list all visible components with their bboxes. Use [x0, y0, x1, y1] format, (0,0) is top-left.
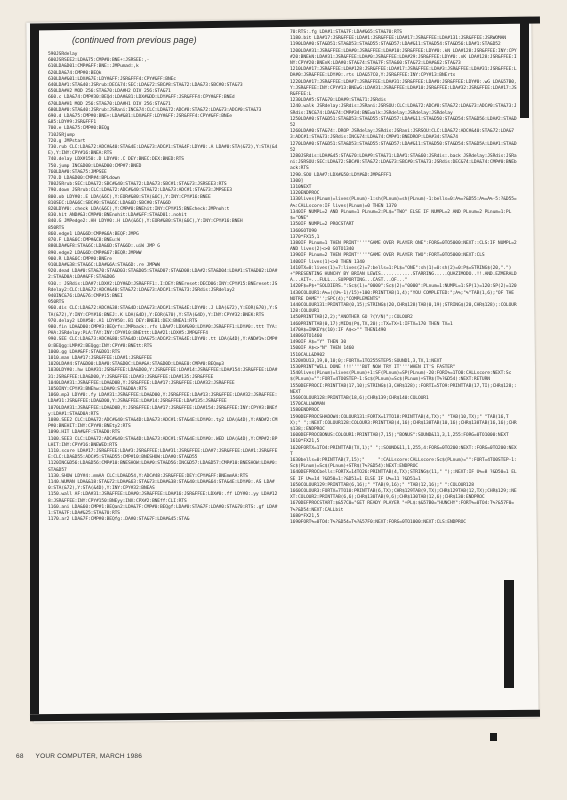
code-line: 1150.wall AF:LDA#31:JSR&FFEE:LDA#0:JSR&F…: [48, 492, 278, 504]
code-line: 1140.WUMAN LDA&&18:STA&72:LDA#&63:STA&73…: [48, 480, 278, 492]
code-line: 930.: JSRdis:LDA#7:LDX#2:LDY#&D:JSR&FFF1…: [48, 282, 278, 294]
code-line: 1240.walk JSRdelay:JSRdis:JSRani:JSRSOU:…: [290, 104, 518, 116]
code-line: 1420F$=P$+"SOLDIERS.":Sc$(1)="0000":Sc$(…: [290, 284, 518, 290]
listing-column-right: 70:RTS:.fg LDA#1:STA&7F:LDA#&65:STA&70:R…: [290, 30, 518, 526]
code-line: 960.dis CLC:LDA&72:ADC#&38:STA&4D:LDA&73…: [48, 306, 278, 318]
code-line: 1190LDA#0:STA&D51:STA&D53:STA&D55:STA&D5…: [290, 42, 518, 48]
end-of-listing-marker-icon: [490, 733, 497, 741]
code-line: 1330lives(PLnum)=lives(PLnum)-1:sh(PLnum…: [290, 197, 518, 209]
continued-note: (continued from previous page): [72, 35, 197, 45]
right-border-bar-top: [520, 18, 529, 118]
code-line: 920.dead LDA#0:STA&70:STA&D03:STA&D05:ST…: [48, 269, 278, 281]
code-line: 1380IF PLnum=1 THEN PRINT''''"GAME OVER …: [290, 241, 518, 253]
code-line: 1690FORT%=0TO4:T%?&D54=T%?&57F0:NEXT:FOR…: [290, 520, 518, 526]
code-line: 1030LDY#0:.hw LDA#31:JSR&FFEE:LDA&D00,Y:…: [48, 368, 278, 380]
code-line: 1340IF NUMPL=2 AND PLnum=1 PLnum=2:PL$="…: [290, 210, 518, 222]
code-line: 1410TX=0:lives(1)=7:lives(2)=7:bells=1:P…: [290, 266, 518, 285]
listing-column-left: 590JSRdelay600JSRSEE2:LDA&75:CMP#0:BNE+:…: [48, 52, 278, 523]
code-line: 1070LDA#31:JSR&FFEE:LDA&D0B,Y:JSR&FFEE:L…: [48, 406, 278, 418]
code-line: 1080.SEE2 CLC:LDA&72:ADC#&40:STA&4D:LDA&…: [48, 418, 278, 430]
code-line: 1110.score LDA#17:JSR&FFEE:LDA#3:JSR&FFE…: [48, 449, 278, 461]
code-line: 1550DEFPROCI:PRINTTAB(17,10);STRING$(3,C…: [290, 384, 518, 396]
code-line: 990.SEE CLC:LDA&73:ADC#&80:STA&4D:LDA&75…: [48, 337, 278, 349]
right-border-bar-bottom: [504, 580, 514, 688]
code-line: 1540lives(PLnum)=lives(PLnum)+1:SF(PLnum…: [290, 371, 518, 383]
code-line: 1280JSRdis:LDA#&45:STA&70:LDA#9:STA&71:L…: [290, 154, 518, 173]
code-line: 1220LDA#17:JSR&FFEE:LDA#7:JSR&FFEE:LDA#3…: [290, 80, 518, 99]
publication-line: YOUR COMPUTER, MARCH 1986: [36, 753, 143, 760]
code-line: 1390IF PLnum=2 THEN PRINT''''"GAME OVER …: [290, 253, 518, 259]
code-line: 1440COLOUR131:PRINTTAB(0,15);STRING$(20,…: [290, 303, 518, 315]
page-footer: 68 YOUR COMPUTER, MARCH 1986: [16, 753, 142, 760]
code-line: 1670DEFPROCSTART:$&57C0="GET READY PLAYE…: [290, 501, 518, 513]
code-line: 1210LDA#17:JSR&FFEE:LDA#128:JSR&FFEE:LDA…: [290, 67, 518, 79]
code-line: 1620FORTX=1TO4:PRINTTAB(TX,1);" ";:SOUND…: [290, 446, 518, 458]
code-line: 1200LDA#31:JSR&FFEE:LDA#0:JSR&FFEE:LDA#1…: [290, 49, 518, 68]
code-line: 980.fin LDA&D00:CMP#3:BEQrfs:JMPback:.rf…: [48, 325, 278, 337]
left-border-bar: [30, 24, 39, 714]
code-line: 1060.mp3 LDY#0:.fy LDA#31:JSR&FFEE:LDA&D…: [48, 393, 278, 405]
code-line: 1600DEFPROCBONUS:COLOUR1:PRINTTAB(7,15);…: [290, 433, 518, 439]
code-line: 1160.ani LDA&60:CMP#1:BEQan2:LDA&7F:CMP#…: [48, 505, 278, 517]
code-line: 1430COLOUR1:A%=((U%-1)/15)+100:PRINTTAB(…: [290, 291, 518, 303]
code-line: 1270LDA#0:STA&D51:STA&D53:STA&D55:STA&D5…: [290, 142, 518, 154]
code-line: 1120INC&D56:LDA&D56:CMP#10:BNESHOW:LDA#0…: [48, 461, 278, 473]
code-line: 1100.SEE3 CLC:LDA&72:ADC#&40:STA&4D:LDA&…: [48, 437, 278, 449]
code-line: 1590DEFPROCSHADOW4:COLOUR131:FORTX=17TO1…: [290, 415, 518, 434]
code-line: 1630bells=0:PRINTTAB(7,15);" ":CALLscore…: [290, 458, 518, 470]
page-number: 68: [16, 753, 24, 760]
code-line: 730.rub CLC:LDA&72:ADC#&40:STA&4E:LDA&73…: [48, 145, 278, 157]
code-line: 1250LDA#0:STA&D51:STA&D53:STA&D55:STA&D5…: [290, 117, 518, 129]
code-line: 1640DEFPROCbells:FORTX=14TO26:PRINTTAB(4…: [290, 470, 518, 482]
code-line: 1260LDA#0:STA&74:.DROP JSRdelay:JSRdis:J…: [290, 129, 518, 141]
code-line: 1170.ar2 LDA&7F:CMP#0:BEQfg:.DA#0:STA&7F…: [48, 517, 278, 523]
code-line: 1660COLOUR3:FORTX=7TO10:PRINTTAB(6,TX);C…: [290, 489, 518, 501]
